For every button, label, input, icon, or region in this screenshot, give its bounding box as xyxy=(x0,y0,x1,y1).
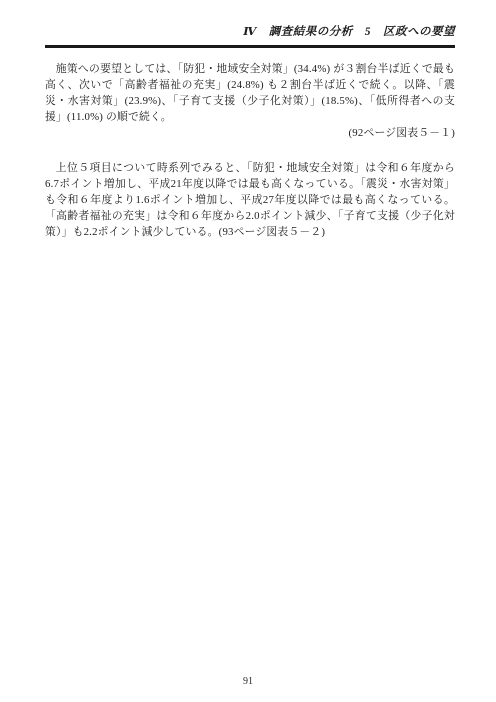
page-content: Ⅳ 調査結果の分析 5 区政への要望 施策への要望としては、「防犯・地域安全対策… xyxy=(45,0,455,240)
document-page: Ⅳ 調査結果の分析 5 区政への要望 施策への要望としては、「防犯・地域安全対策… xyxy=(0,0,496,702)
header-rule xyxy=(45,45,455,48)
paragraph-1: 施策への要望としては、「防犯・地域安全対策」(34.4%) が３割台半ば近くで最… xyxy=(45,61,455,125)
section-title: Ⅳ 調査結果の分析 5 区政への要望 xyxy=(45,25,455,40)
figure-reference-1: (92ページ図表５－１) xyxy=(45,125,455,141)
paragraph-2: 上位５項目について時系列でみると、「防犯・地域安全対策」は令和６年度から6.7ポ… xyxy=(45,160,455,240)
section-header: Ⅳ 調査結果の分析 5 区政への要望 xyxy=(45,0,455,48)
page-number: 91 xyxy=(0,676,496,687)
